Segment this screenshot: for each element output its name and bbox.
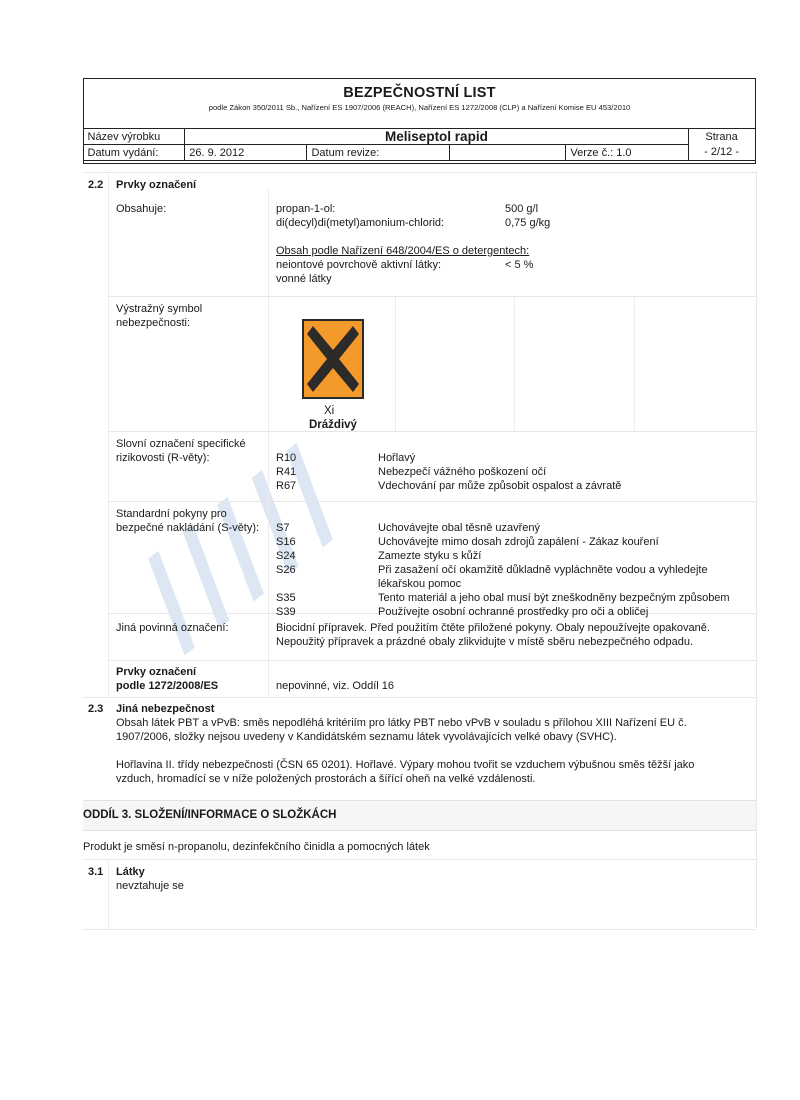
r-phrase-code: R41 bbox=[276, 465, 296, 479]
paragraph-line: 1907/2006, složky nejsou uvedeny v Kandi… bbox=[116, 730, 617, 744]
s-phrase-text: Používejte osobní ochranné prostředky pr… bbox=[378, 605, 648, 619]
r-phrase-code: R10 bbox=[276, 451, 296, 465]
divider bbox=[83, 929, 756, 930]
section-title: Látky bbox=[116, 865, 145, 879]
hazard-symbol-name: Dráždivý bbox=[309, 418, 357, 432]
revision-date bbox=[450, 145, 566, 161]
ingredient-amount: 500 g/l bbox=[505, 202, 538, 216]
divider bbox=[395, 297, 396, 431]
section-number: 2.3 bbox=[88, 702, 103, 716]
divider bbox=[108, 431, 756, 432]
divider bbox=[268, 190, 269, 696]
divider bbox=[83, 697, 756, 698]
section-title: Jiná nebezpečnost bbox=[116, 702, 214, 716]
version-label: Verze č.: 1.0 bbox=[566, 145, 688, 161]
document-legal-basis: podle Zákon 350/2011 Sb., Nařízení ES 19… bbox=[84, 103, 755, 112]
divider bbox=[108, 860, 109, 930]
detergent-item: vonné látky bbox=[276, 272, 332, 286]
issue-date-label: Datum vydání: bbox=[83, 145, 185, 161]
other-markings-text: Nepoužitý přípravek a prázdné obaly zlik… bbox=[276, 635, 693, 649]
s-phrase-code: S39 bbox=[276, 605, 296, 619]
detergent-amount: < 5 % bbox=[505, 258, 533, 272]
s-phrases-label: Standardní pokyny pro bbox=[116, 507, 227, 521]
page-number-cell: Strana - 2/12 - bbox=[688, 129, 755, 161]
r-phrases-label: rizikovosti (R-věty): bbox=[116, 451, 210, 465]
irritant-pictogram-icon bbox=[302, 319, 364, 399]
clp-label: Prvky označení bbox=[116, 665, 196, 679]
paragraph-line: vzduch, hromadící se v níže položených p… bbox=[116, 772, 535, 786]
divider bbox=[108, 501, 756, 502]
s-phrases-label: bezpečné nakládání (S-věty): bbox=[116, 521, 259, 535]
page-label: Strana bbox=[693, 130, 751, 145]
ingredient-amount: 0,75 g/kg bbox=[505, 216, 550, 230]
document-title: BEZPEČNOSTNÍ LIST bbox=[84, 85, 755, 101]
s-phrase-code: S16 bbox=[276, 535, 296, 549]
section-title: Prvky označení bbox=[116, 178, 196, 192]
hazard-symbol-label: nebezpečnosti: bbox=[116, 316, 190, 330]
paragraph-line: Obsah látek PBT a vPvB: směs nepodléhá k… bbox=[116, 716, 687, 730]
s-phrase-code: S35 bbox=[276, 591, 296, 605]
s-phrase-code: S26 bbox=[276, 563, 296, 577]
divider bbox=[108, 174, 109, 696]
header-table: Název výrobku Meliseptol rapid Strana - … bbox=[83, 128, 756, 161]
r-phrase-text: Nebezpečí vážného poškození očí bbox=[378, 465, 546, 479]
r-phrase-text: Vdechování par může způsobit ospalost a … bbox=[378, 479, 621, 493]
section-3-intro: Produkt je směsí n-propanolu, dezinfekčn… bbox=[83, 840, 430, 854]
r-phrases-label: Slovní označení specifické bbox=[116, 437, 246, 451]
r-phrase-text: Hořlavý bbox=[378, 451, 415, 465]
product-name: Meliseptol rapid bbox=[185, 129, 688, 145]
divider bbox=[83, 172, 756, 173]
section-text: nevztahuje se bbox=[116, 879, 184, 893]
r-phrase-code: R67 bbox=[276, 479, 296, 493]
s-phrase-text: Uchovávejte mimo dosah zdrojů zapálení -… bbox=[378, 535, 659, 549]
detergent-heading: Obsah podle Nařízení 648/2004/ES o deter… bbox=[276, 244, 529, 258]
divider bbox=[83, 859, 756, 860]
issue-date: 26. 9. 2012 bbox=[185, 145, 307, 161]
safety-data-sheet-page: ​///// BEZPEČNOSTNÍ LIST podle Zákon 350… bbox=[0, 0, 800, 1100]
other-markings-text: Biocidní přípravek. Před použitím čtěte … bbox=[276, 621, 710, 635]
paragraph-line: Hořlavina II. třídy nebezpečnosti (ČSN 6… bbox=[116, 758, 694, 772]
clp-value: nepovinné, viz. Oddíl 16 bbox=[276, 679, 394, 693]
other-markings-label: Jiná povinná označení: bbox=[116, 621, 229, 635]
divider bbox=[514, 297, 515, 431]
section-number: 2.2 bbox=[88, 178, 103, 192]
ingredient-name: di(decyl)di(metyl)amonium-chlorid: bbox=[276, 216, 444, 230]
section-3-heading: ODDÍL 3. SLOŽENÍ/INFORMACE O SLOŽKÁCH bbox=[83, 808, 336, 822]
s-phrase-code: S24 bbox=[276, 549, 296, 563]
s-phrase-text: Tento materiál a jeho obal musí být zneš… bbox=[378, 591, 730, 605]
hazard-symbol-label: Výstražný symbol bbox=[116, 302, 202, 316]
ingredient-name: propan-1-ol: bbox=[276, 202, 335, 216]
detergent-item: neiontové povrchově aktivní látky: bbox=[276, 258, 441, 272]
s-phrase-text: Při zasažení očí okamžitě důkladně vyplá… bbox=[378, 563, 708, 577]
page-value: - 2/12 - bbox=[693, 145, 751, 160]
section-number: 3.1 bbox=[88, 865, 103, 879]
product-label: Název výrobku bbox=[83, 129, 185, 145]
contains-label: Obsahuje: bbox=[116, 202, 166, 216]
s-phrase-text: Zamezte styku s kůží bbox=[378, 549, 481, 563]
revision-date-label: Datum revize: bbox=[307, 145, 450, 161]
s-phrase-text: lékařskou pomoc bbox=[378, 577, 461, 591]
divider bbox=[108, 296, 756, 297]
hazard-symbol-code: Xi bbox=[324, 404, 334, 418]
divider bbox=[634, 297, 635, 431]
clp-label: podle 1272/2008/ES bbox=[116, 679, 218, 693]
s-phrase-text: Uchovávejte obal těsně uzavřený bbox=[378, 521, 540, 535]
divider bbox=[108, 660, 756, 661]
document-header: BEZPEČNOSTNÍ LIST podle Zákon 350/2011 S… bbox=[83, 78, 756, 164]
s-phrase-code: S7 bbox=[276, 521, 289, 535]
